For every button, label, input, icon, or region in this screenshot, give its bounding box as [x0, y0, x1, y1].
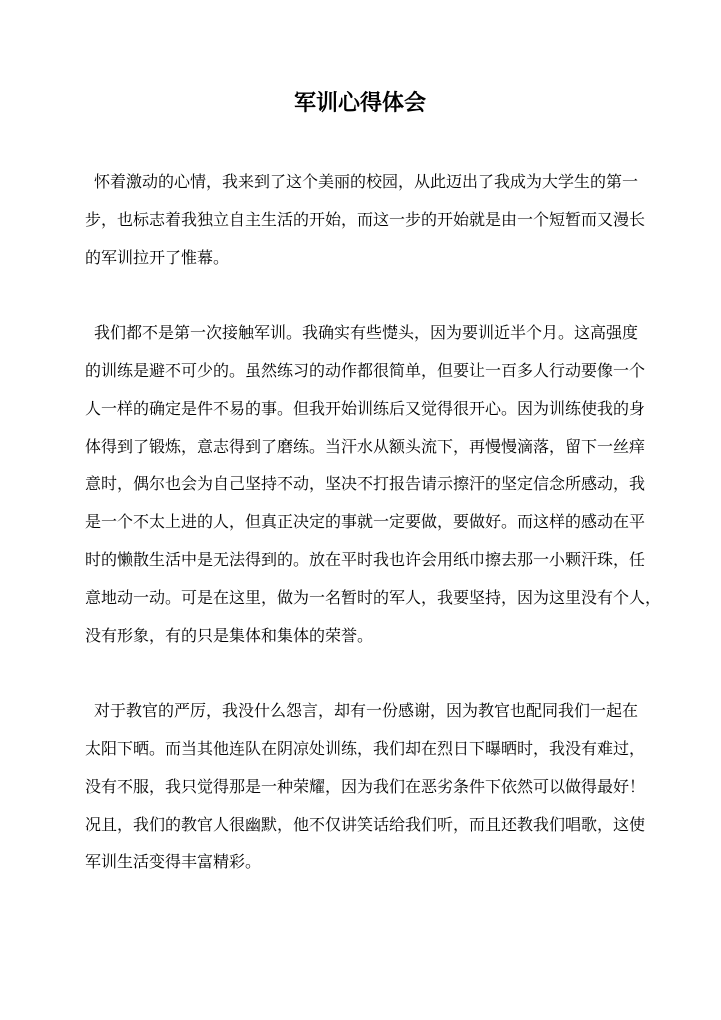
document-page: 军训心得体会 怀着激动的心情，我来到了这个美丽的校园，从此迈出了我成为大学生的第…: [0, 0, 721, 1020]
text-line: 时的懒散生活中是无法得到的。放在平时我也许会用纸巾擦去那一小颗汗珠，任: [85, 542, 635, 580]
text-line: 对于教官的严厉，我没什么怨言，却有一份感谢，因为教官也配同我们一起在: [85, 693, 635, 731]
text-line: 的训练是避不可少的。虽然练习的动作都很简单，但要让一百多人行动要像一个: [85, 353, 635, 391]
document-title: 军训心得体会: [85, 88, 635, 118]
text-line: 人一样的确定是件不易的事。但我开始训练后又觉得很开心。因为训练使我的身: [85, 391, 635, 429]
text-line: 意地动一动。可是在这里，做为一名暂时的军人，我要坚持，因为这里没有个人，: [85, 580, 635, 618]
paragraph: 对于教官的严厉，我没什么怨言，却有一份感谢，因为教官也配同我们一起在太阳下晒。而…: [85, 693, 635, 882]
text-line: 我们都不是第一次接触军训。我确实有些憷头，因为要训近半个月。这高强度: [85, 315, 635, 353]
text-line: 怀着激动的心情，我来到了这个美丽的校园，从此迈出了我成为大学生的第一: [85, 164, 635, 202]
text-line: 意时，偶尔也会为自己坚持不动，坚决不打报告请示擦汗的坚定信念所感动，我: [85, 466, 635, 504]
document-body: 怀着激动的心情，我来到了这个美丽的校园，从此迈出了我成为大学生的第一步，也标志着…: [85, 164, 635, 882]
text-line: 军训生活变得丰富精彩。: [85, 844, 635, 882]
text-line: 没有不服，我只觉得那是一种荣耀，因为我们在恶劣条件下依然可以做得最好！: [85, 769, 635, 807]
text-line: 太阳下晒。而当其他连队在阴凉处训练，我们却在烈日下曝晒时，我没有难过，: [85, 731, 635, 769]
text-line: 体得到了锻炼，意志得到了磨练。当汗水从额头流下，再慢慢滴落，留下一丝痒: [85, 429, 635, 467]
text-line: 没有形象，有的只是集体和集体的荣誉。: [85, 618, 635, 656]
paragraph: 怀着激动的心情，我来到了这个美丽的校园，从此迈出了我成为大学生的第一步，也标志着…: [85, 164, 635, 277]
text-line: 况且，我们的教官人很幽默，他不仅讲笑话给我们听，而且还教我们唱歌，这使: [85, 807, 635, 845]
text-line: 步，也标志着我独立自主生活的开始，而这一步的开始就是由一个短暂而又漫长: [85, 202, 635, 240]
paragraph: 我们都不是第一次接触军训。我确实有些憷头，因为要训近半个月。这高强度的训练是避不…: [85, 315, 635, 655]
text-line: 的军训拉开了惟幕。: [85, 240, 635, 278]
text-line: 是一个不太上进的人，但真正决定的事就一定要做，要做好。而这样的感动在平: [85, 504, 635, 542]
